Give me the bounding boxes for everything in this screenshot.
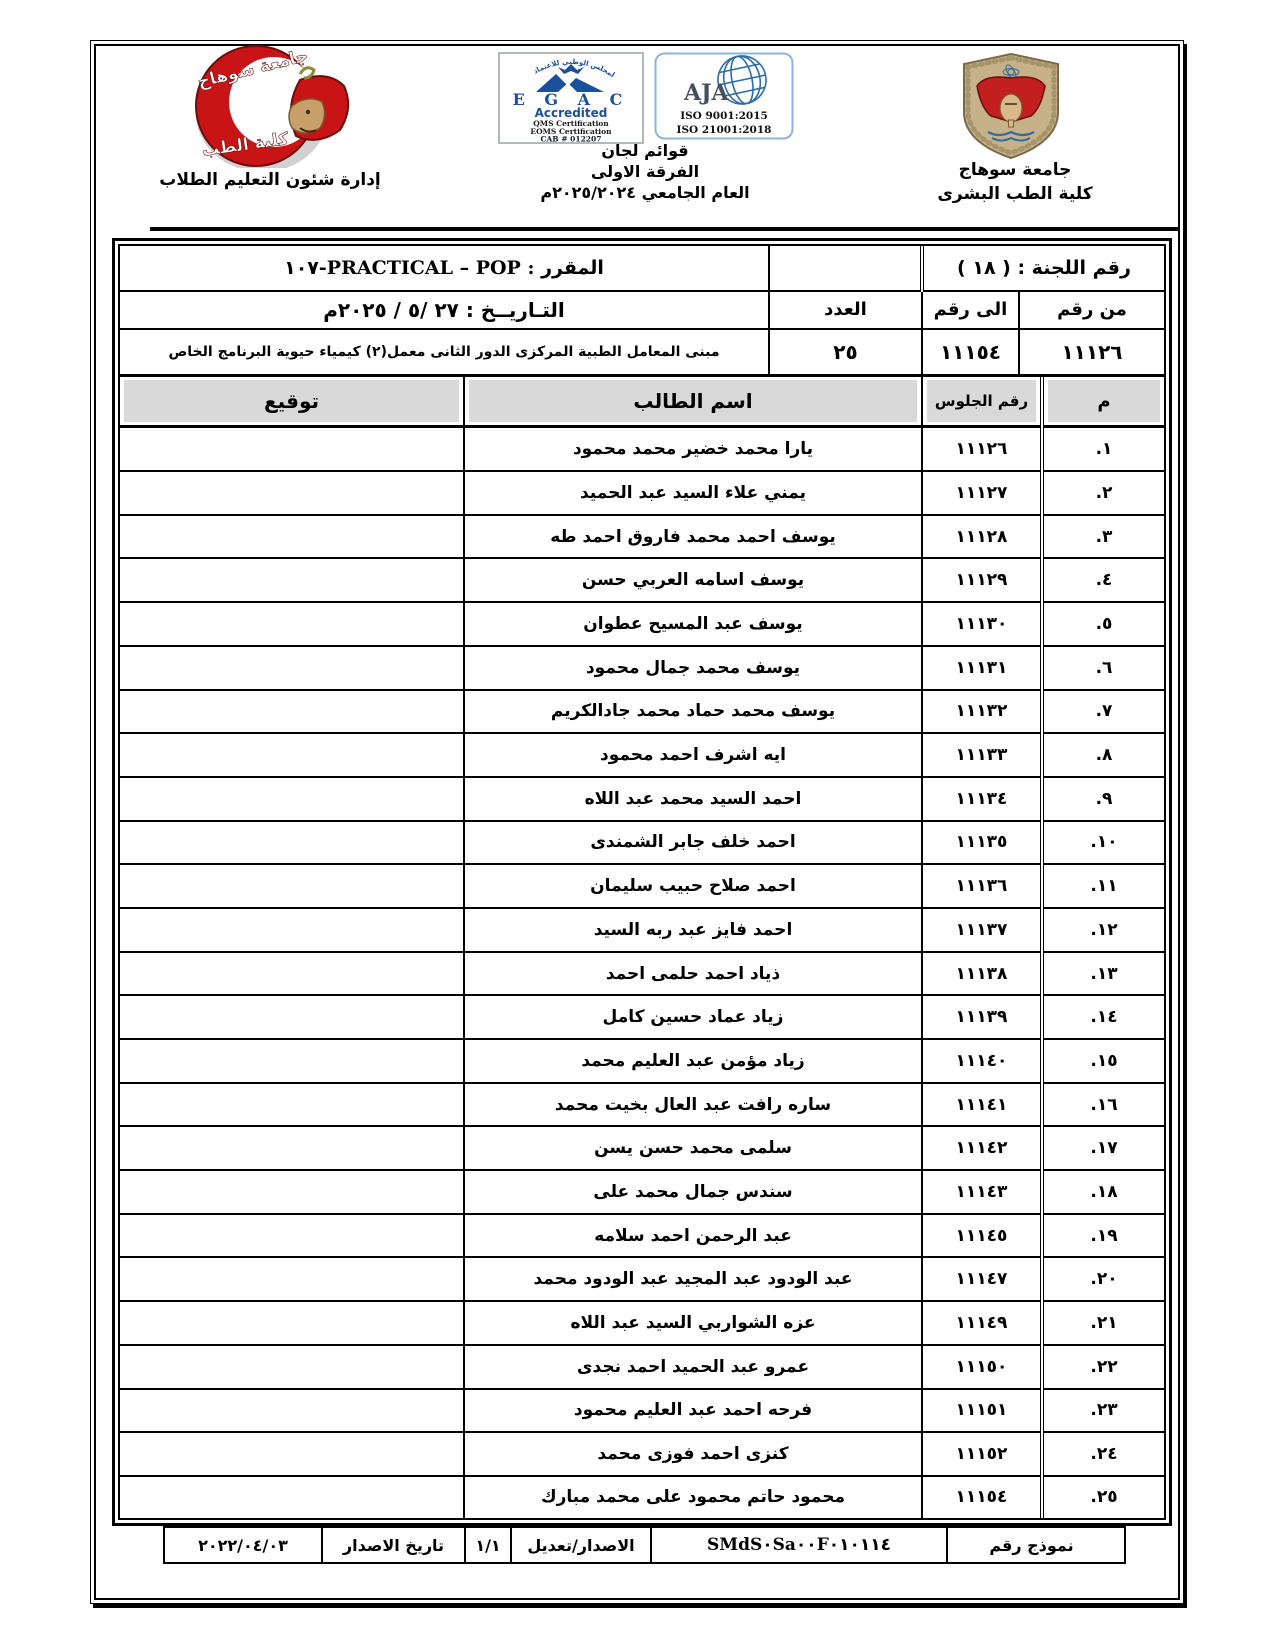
signature-cell [120,777,464,821]
serial-cell: ٢٥. [1042,1476,1164,1518]
serial-cell: ٢٠. [1042,1257,1164,1301]
seat-number-cell: ١١١٤٥ [922,1214,1042,1258]
student-row: ١٦. ١١١٤١ ساره رافت عبد العال بخيت محمد [120,1083,1164,1127]
signature-cell [120,1170,464,1214]
seat-number-cell: ١١١٥٢ [922,1432,1042,1476]
student-name-cell: يمني علاء السيد عبد الحميد [464,471,922,515]
seat-number-header: رقم الجلوس [922,377,1042,427]
serial-cell: ٤. [1042,558,1164,602]
student-row: ٣. ١١١٢٨ يوسف احمد محمد فاروق احمد طه [120,515,1164,559]
seat-number-cell: ١١١٢٦ [922,427,1042,472]
student-name-cell: يارا محمد خضير محمد محمود [464,427,922,472]
student-name-cell: كنزى احمد فوزى محمد [464,1432,922,1476]
serial-cell: ٢. [1042,471,1164,515]
serial-cell: ١٣. [1042,952,1164,996]
student-row: ٢١. ١١١٤٩ عزه الشواربي السيد عبد اللاه [120,1301,1164,1345]
seat-number-cell: ١١١٤٠ [922,1039,1042,1083]
signature-cell [120,1432,464,1476]
serial-cell: ٦. [1042,646,1164,690]
form-number-label: نموذج رقم [947,1527,1125,1563]
serial-cell: ١٨. [1042,1170,1164,1214]
form-metadata-table: نموذج رقم SMdS٠Sa٠٠F٠١٠١١٤ الاصدار/تعديل… [163,1526,1126,1564]
svg-text:ISO 9001:2015: ISO 9001:2015 [680,110,768,122]
seat-number-cell: ١١١٣٥ [922,821,1042,865]
serial-cell: ٢١. [1042,1301,1164,1345]
document-title-block: قوائم لجان الفرقة الاولى العام الجامعي ٢… [492,140,798,203]
to-number-label: الى رقم [922,291,1019,328]
student-row: ٩. ١١١٣٤ احمد السيد محمد عبد اللاه [120,777,1164,821]
sohag-university-shield-logo [946,50,1076,162]
student-row: ١٠. ١١١٣٥ احمد خلف جابر الشمندى [120,821,1164,865]
seat-number-cell: ١١١٢٩ [922,558,1042,602]
signature-cell [120,602,464,646]
signature-cell [120,1301,464,1345]
department-title: إدارة شئون التعليم الطلاب [136,170,404,190]
serial-cell: ٢٢. [1042,1345,1164,1389]
exam-date: التـاريــخ : ٢٧ /٥ / ٢٠٢٥م [120,291,769,328]
student-row: ١٥. ١١١٤٠ زياد مؤمن عبد العليم محمد [120,1039,1164,1083]
seat-number-cell: ١١١٢٨ [922,515,1042,559]
issue-revision-label: الاصدار/تعديل [511,1527,651,1563]
signature-header: توقيع [120,377,464,427]
student-row: ٢٣. ١١١٥١ فرحه احمد عبد العليم محمود [120,1389,1164,1433]
signature-cell [120,558,464,602]
signature-cell [120,1083,464,1127]
serial-header: م [1042,377,1164,427]
signature-cell [120,1039,464,1083]
student-name-cell: ساره رافت عبد العال بخيت محمد [464,1083,922,1127]
signature-cell [120,821,464,865]
serial-cell: ٧. [1042,690,1164,734]
students-header-row: م رقم الجلوس اسم الطالب توقيع [120,377,1164,427]
serial-cell: ١٧. [1042,1126,1164,1170]
seat-number-cell: ١١١٢٧ [922,471,1042,515]
to-number-value: ١١١٥٤ [922,329,1019,374]
signature-cell [120,515,464,559]
student-row: ٢٤. ١١١٥٢ كنزى احمد فوزى محمد [120,1432,1164,1476]
empty-cell [769,246,922,291]
signature-cell [120,1257,464,1301]
seat-number-cell: ١١١٣٣ [922,733,1042,777]
student-name-cell: احمد صلاح حبيب سليمان [464,864,922,908]
seat-number-cell: ١١١٣٠ [922,602,1042,646]
egac-accreditation-logo: المجلس الوطني للاعتماد E G A C Accredite… [498,52,644,144]
student-name-cell: محمود حاتم محمود على محمد مبارك [464,1476,922,1518]
sohag-medicine-crescent-logo: جامعة سوهاج كلية الطب [150,44,382,168]
seat-number-cell: ١١١٣١ [922,646,1042,690]
signature-cell [120,427,464,472]
student-name-cell: احمد السيد محمد عبد اللاه [464,777,922,821]
serial-cell: ٩. [1042,777,1164,821]
serial-cell: ٣. [1042,515,1164,559]
student-row: ٢٥. ١١١٥٤ محمود حاتم محمود على محمد مبار… [120,1476,1164,1518]
seat-number-cell: ١١١٣٦ [922,864,1042,908]
student-name-cell: احمد فايز عبد ربه السيد [464,908,922,952]
student-name-cell: يوسف محمد حماد محمد جادالكريم [464,690,922,734]
signature-cell [120,1389,464,1433]
student-row: ١٤. ١١١٣٩ زياد عماد حسين كامل [120,995,1164,1039]
header-divider [150,227,1178,231]
issue-revision-value: ١/١ [465,1527,511,1563]
serial-cell: ٥. [1042,602,1164,646]
student-row: ٢. ١١١٢٧ يمني علاء السيد عبد الحميد [120,471,1164,515]
student-name-cell: سلمى محمد حسن يسن [464,1126,922,1170]
serial-cell: ١٢. [1042,908,1164,952]
exam-location: مبنى المعامل الطبية المركزى الدور الثانى… [120,329,769,374]
student-name-cell: عبد الرحمن احمد سلامه [464,1214,922,1258]
title-academic-year: العام الجامعي ٢٠٢٥/٢٠٢٤م [492,182,798,203]
university-title-block: جامعة سوهاج كلية الطب البشرى [922,158,1108,206]
seat-number-cell: ١١١٣٧ [922,908,1042,952]
university-name: جامعة سوهاج [922,158,1108,182]
committee-table: رقم اللجنة : ( ١٨ ) المقرر : PRACTICAL –… [112,238,1172,1526]
student-row: ٧. ١١١٣٢ يوسف محمد حماد محمد جادالكريم [120,690,1164,734]
student-name-cell: ايه اشرف احمد محمود [464,733,922,777]
title-first-year: الفرقة الاولى [492,161,798,182]
student-name-cell: زياد عماد حسين كامل [464,995,922,1039]
course-name: المقرر : PRACTICAL – POP-١٠٧ [120,246,769,291]
seat-number-cell: ١١١٤١ [922,1083,1042,1127]
signature-cell [120,1345,464,1389]
seat-number-cell: ١١١٤٢ [922,1126,1042,1170]
signature-cell [120,690,464,734]
serial-cell: ٨. [1042,733,1164,777]
serial-cell: ١٦. [1042,1083,1164,1127]
student-name-cell: عمرو عبد الحميد احمد نجدى [464,1345,922,1389]
signature-cell [120,1476,464,1518]
student-row: ٦. ١١١٣١ يوسف محمد جمال محمود [120,646,1164,690]
student-row: ١٧. ١١١٤٢ سلمى محمد حسن يسن [120,1126,1164,1170]
from-number-value: ١١١٢٦ [1019,329,1164,374]
student-row: ٤. ١١١٢٩ يوسف اسامه العربي حسن [120,558,1164,602]
seat-number-cell: ١١١٤٣ [922,1170,1042,1214]
signature-cell [120,908,464,952]
signature-cell [120,471,464,515]
seat-number-cell: ١١١٣٢ [922,690,1042,734]
student-row: ٢٠. ١١١٤٧ عبد الودود عبد المجيد عبد الود… [120,1257,1164,1301]
signature-cell [120,952,464,996]
signature-cell [120,995,464,1039]
student-row: ١. ١١١٢٦ يارا محمد خضير محمد محمود [120,427,1164,472]
student-name-cell: عبد الودود عبد المجيد عبد الودود محمد [464,1257,922,1301]
seat-number-cell: ١١١٤٧ [922,1257,1042,1301]
seat-number-cell: ١١١٥٠ [922,1345,1042,1389]
student-name-header: اسم الطالب [464,377,922,427]
student-name-cell: يوسف عبد المسيح عطوان [464,602,922,646]
student-row: ٥. ١١١٣٠ يوسف عبد المسيح عطوان [120,602,1164,646]
seat-number-cell: ١١١٥٤ [922,1476,1042,1518]
exam-info-section: رقم اللجنة : ( ١٨ ) المقرر : PRACTICAL –… [120,246,1164,377]
students-table: م رقم الجلوس اسم الطالب توقيع ١. ١١١٢٦ ي… [120,377,1164,1518]
form-number-code: SMdS٠Sa٠٠F٠١٠١١٤ [651,1527,947,1563]
student-row: ١٣. ١١١٣٨ ذياد احمد حلمى احمد [120,952,1164,996]
seat-number-cell: ١١١٣٨ [922,952,1042,996]
committee-number: رقم اللجنة : ( ١٨ ) [922,246,1164,291]
student-row: ١٩. ١١١٤٥ عبد الرحمن احمد سلامه [120,1214,1164,1258]
student-row: ١١. ١١١٣٦ احمد صلاح حبيب سليمان [120,864,1164,908]
serial-cell: ١٩. [1042,1214,1164,1258]
student-name-cell: فرحه احمد عبد العليم محمود [464,1389,922,1433]
student-name-cell: زياد مؤمن عبد العليم محمد [464,1039,922,1083]
from-number-label: من رقم [1019,291,1164,328]
title-committee-lists: قوائم لجان [492,140,798,161]
issue-date-label: تاريخ الاصدار [322,1527,465,1563]
count-label: العدد [769,291,922,328]
student-row: ٨. ١١١٣٣ ايه اشرف احمد محمود [120,733,1164,777]
svg-text:AJA: AJA [683,80,729,106]
serial-cell: ١٠. [1042,821,1164,865]
serial-cell: ٢٤. [1042,1432,1164,1476]
serial-cell: ١١. [1042,864,1164,908]
student-name-cell: سندس جمال محمد على [464,1170,922,1214]
issue-date-value: ٢٠٢٢/٠٤/٠٣ [164,1527,322,1563]
signature-cell [120,864,464,908]
serial-cell: ٢٣. [1042,1389,1164,1433]
signature-cell [120,1214,464,1258]
student-row: ١٢. ١١١٣٧ احمد فايز عبد ربه السيد [120,908,1164,952]
student-name-cell: يوسف محمد جمال محمود [464,646,922,690]
aja-iso-logo: AJA ISO 9001:2015 ISO 21001:2018 [654,52,794,140]
seat-number-cell: ١١١٤٩ [922,1301,1042,1345]
signature-cell [120,1126,464,1170]
seat-number-cell: ١١١٥١ [922,1389,1042,1433]
student-name-cell: احمد خلف جابر الشمندى [464,821,922,865]
signature-cell [120,646,464,690]
student-row: ١٨. ١١١٤٣ سندس جمال محمد على [120,1170,1164,1214]
seat-number-cell: ١١١٣٩ [922,995,1042,1039]
document-page: جامعة سوهاج كلية الطب إدارة شئون التعليم… [0,0,1275,1650]
svg-text:Accredited: Accredited [535,106,608,120]
signature-cell [120,733,464,777]
serial-cell: ١٤. [1042,995,1164,1039]
svg-text:ISO 21001:2018: ISO 21001:2018 [677,124,772,136]
student-name-cell: ذياد احمد حلمى احمد [464,952,922,996]
serial-cell: ١. [1042,427,1164,472]
count-value: ٢٥ [769,329,922,374]
students-tbody: ١. ١١١٢٦ يارا محمد خضير محمد محمود ٢. ١١… [120,427,1164,1519]
faculty-name: كلية الطب البشرى [922,182,1108,206]
student-name-cell: يوسف اسامه العربي حسن [464,558,922,602]
student-name-cell: عزه الشواربي السيد عبد اللاه [464,1301,922,1345]
serial-cell: ١٥. [1042,1039,1164,1083]
seat-number-cell: ١١١٣٤ [922,777,1042,821]
student-name-cell: يوسف احمد محمد فاروق احمد طه [464,515,922,559]
student-row: ٢٢. ١١١٥٠ عمرو عبد الحميد احمد نجدى [120,1345,1164,1389]
